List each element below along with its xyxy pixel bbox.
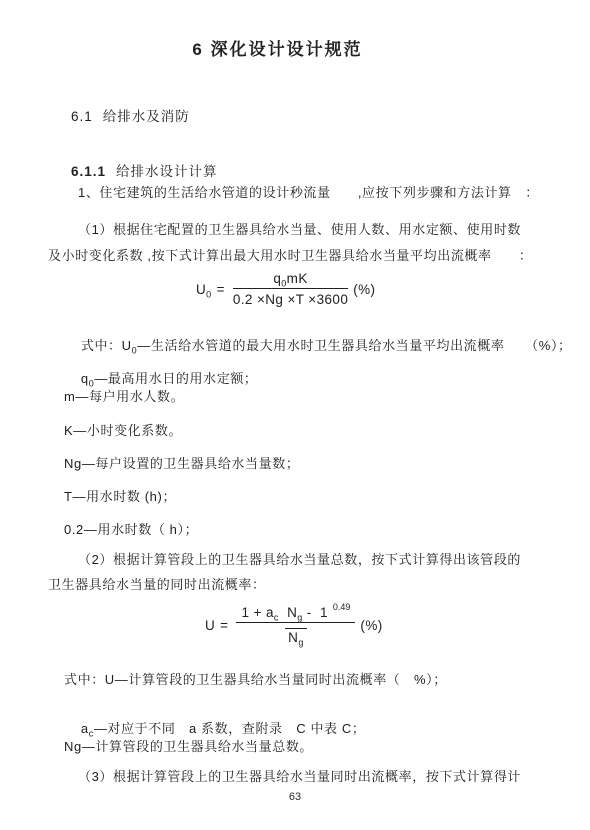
- legend-line-ng: Ng—每户设置的卫生器具给水当量数；: [64, 456, 299, 472]
- legend-q0-symbol: q: [81, 371, 89, 386]
- legend-line-ng2: Ng—计算管段的卫生器具给水当量总数。: [64, 739, 313, 755]
- document-title: 6 深化设计设计规范: [0, 35, 555, 60]
- legend-prefix: 式中：: [81, 338, 122, 353]
- document-page: 6 深化设计设计规范 6.1给排水及消防 6.1.1给排水设计计算 1、住宅建筑…: [0, 0, 590, 830]
- formula-u0-numerator: q0mK: [268, 271, 312, 287]
- legend-line-t: T—用水时数 (h)；: [64, 489, 176, 505]
- section-number: 6.1: [71, 109, 93, 124]
- formula-u-lhs: U: [205, 618, 215, 633]
- legend-ac-description: —对应于不同 a 系数，查附录 C 中表 C；: [94, 721, 366, 736]
- legend-u0-symbol: U: [122, 338, 132, 353]
- formula-u0-lhs-symbol: U: [196, 282, 206, 297]
- formula-u-numerator: 1 + ac Ng - 10.49: [236, 605, 355, 621]
- legend-u0-description: —生活给水管道的最大用水时卫生器具给水当量平均出流概率 （%）；: [137, 338, 571, 353]
- legend-line-k: K—小时变化系数。: [64, 423, 182, 439]
- page-number: 63: [0, 791, 590, 803]
- formula-u0-equals: =: [217, 282, 225, 297]
- formula-u-fraction-bar: [236, 622, 355, 623]
- formula-u-den-subscript: g: [298, 638, 303, 648]
- legend-line-02: 0.2—用水时数（ h）；: [64, 522, 198, 538]
- paragraph-step2-line2: 卫生器具给水当量的同时出流概率：: [48, 577, 266, 593]
- formula-u0-percent: (%): [353, 282, 375, 297]
- paragraph-step-intro: 1、住宅建筑的生活给水管道的设计秒流量 ,应按下列步骤和方法计算 ：: [78, 185, 539, 201]
- formula-u0-fraction-bar: [233, 288, 348, 289]
- section-title: 给排水及消防: [103, 109, 190, 124]
- formula-u0-denominator: 0.2 ×Ng ×T ×3600: [233, 290, 348, 307]
- formula-u-den-overline: Ng: [285, 628, 307, 645]
- legend-q0-description: —最高用水日的用水定额；: [94, 371, 257, 386]
- section-heading: 6.1给排水及消防: [52, 90, 190, 140]
- formula-u0: U0 = q0mK 0.2 ×Ng ×T ×3600 (%): [196, 271, 375, 307]
- subsection-title: 给排水设计计算: [116, 164, 218, 179]
- formula-u0-lhs-subscript: 0: [206, 289, 211, 299]
- paragraph-step1-line2: 及小时变化系数 ,按下式计算出最大用水时卫生器具给水当量平均出流概率 ：: [48, 248, 532, 264]
- formula-u-denominator: Ng: [285, 624, 307, 645]
- formula-u-fraction: 1 + ac Ng - 10.49 Ng: [236, 605, 355, 645]
- paragraph-step3-line1: （3）根据计算管段上的卫生器具给水当量同时出流概率，按下式计算得计: [78, 769, 521, 785]
- formula-u0-num-rest: mK: [287, 271, 308, 286]
- paragraph-step1-line1: （1）根据住宅配置的卫生器具给水当量、使用人数、用水定额、使用时数: [78, 222, 521, 238]
- legend-ac-symbol: a: [81, 721, 89, 736]
- formula-u-num-part3: - 1: [303, 605, 328, 620]
- formula-u-percent: (%): [360, 618, 382, 633]
- formula-u0-lhs: U0: [196, 282, 212, 297]
- legend-line-m: m—每户用水人数。: [64, 389, 184, 405]
- formula-u: U = 1 + ac Ng - 10.49 Ng (%): [205, 605, 383, 645]
- formula-u0-fraction: q0mK 0.2 ×Ng ×T ×3600: [233, 271, 348, 307]
- formula-u-equals: =: [220, 618, 228, 633]
- formula-u-num-part1: 1 + a: [241, 605, 273, 620]
- paragraph-step2-line1: （2）根据计算管段上的卫生器具给水当量总数，按下式计算得出该管段的: [78, 552, 521, 568]
- formula-u-den-symbol: N: [288, 630, 298, 645]
- formula-u-exponent: 0.49: [333, 602, 351, 612]
- legend-line-u: 式中：U—计算管段的卫生器具给水当量同时出流概率（ %）；: [64, 672, 447, 688]
- subsection-number: 6.1.1: [71, 164, 106, 179]
- formula-u-num-part2: N: [279, 605, 297, 620]
